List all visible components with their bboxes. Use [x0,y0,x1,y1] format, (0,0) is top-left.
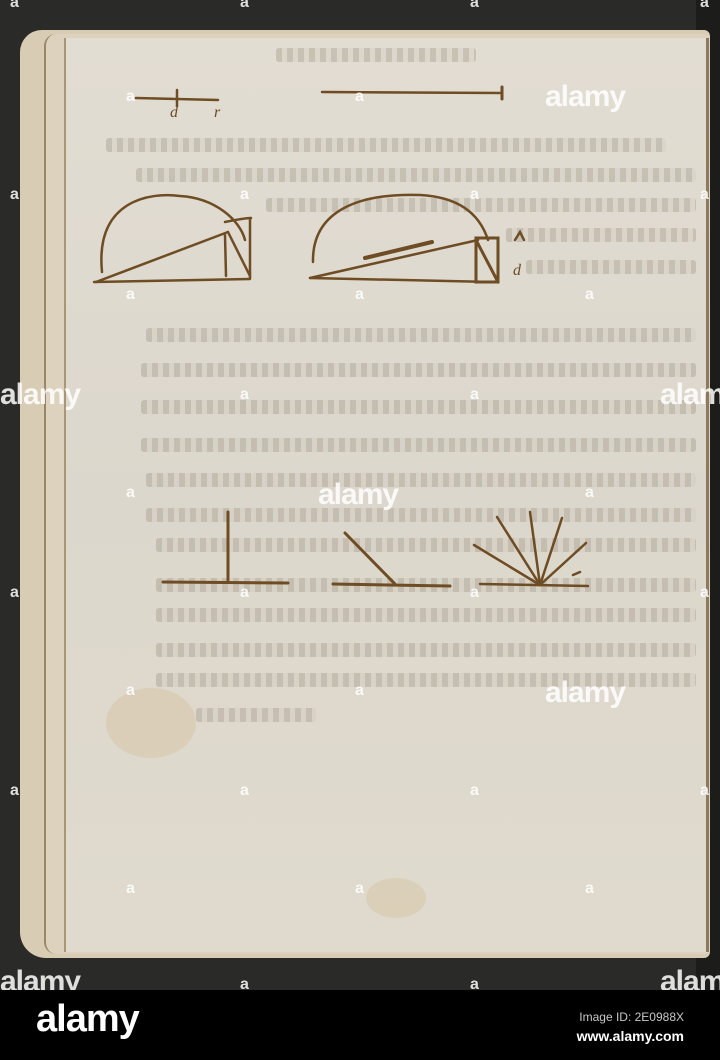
watermark-a: a [585,484,594,502]
stock-footer: alamy Image ID: 2E0988X www.alamy.com [0,990,720,1060]
watermark-a: a [126,682,135,700]
sketch-semicircle-right [310,195,524,282]
alamy-logo: alamy [36,998,139,1041]
watermark-a: a [126,88,135,106]
watermark-a: a [10,584,19,602]
watermark-a: a [700,782,709,800]
watermark-a: a [355,682,364,700]
watermark-a: a [355,88,364,106]
watermark-a: a [240,976,249,990]
sketch-long-segment [322,92,502,93]
manuscript-photo: d r d alamy alamy alamy alamy alamy alam… [0,0,720,990]
watermark-a: a [240,782,249,800]
watermark-alamy: alamy [545,676,625,710]
watermark-alamy: alamy [660,378,720,412]
watermark-a: a [355,286,364,304]
watermark-a: a [700,0,709,12]
sketch-oblique-angle [333,533,450,586]
watermark-a: a [10,0,19,12]
watermark-a: a [240,584,249,602]
watermark-a: a [585,286,594,304]
watermark-a: a [470,584,479,602]
watermark-a: a [700,584,709,602]
watermark-a: a [126,880,135,898]
watermark-alamy: alamy [0,965,80,990]
sketch-perpendicular [163,512,288,583]
watermark-alamy: alamy [545,80,625,114]
website-link[interactable]: www.alamy.com [577,1028,684,1044]
watermark-a: a [126,484,135,502]
watermark-a: a [585,880,594,898]
watermark-a: a [126,286,135,304]
watermark-a: a [10,782,19,800]
watermark-a: a [355,880,364,898]
watermark-a: a [470,976,479,990]
watermark-alamy: alamy [660,965,720,990]
watermark-a: a [470,386,479,404]
watermark-a: a [240,186,249,204]
watermark-a: a [700,186,709,204]
watermark-a: a [470,186,479,204]
watermark-alamy: alamy [318,478,398,512]
sketch-label-r: r [214,104,220,122]
sketch-semicircle-left [94,195,251,282]
watermark-a: a [470,782,479,800]
watermark-alamy: alamy [0,378,80,412]
sketch-radiating-lines [474,512,588,586]
image-id: Image ID: 2E0988X [579,1010,684,1024]
watermark-a: a [240,386,249,404]
watermark-a: a [240,0,249,12]
watermark-a: a [470,0,479,12]
watermark-a: a [10,186,19,204]
sketch-label-d: d [170,104,178,122]
sketch-label-d-right: d [513,262,521,280]
